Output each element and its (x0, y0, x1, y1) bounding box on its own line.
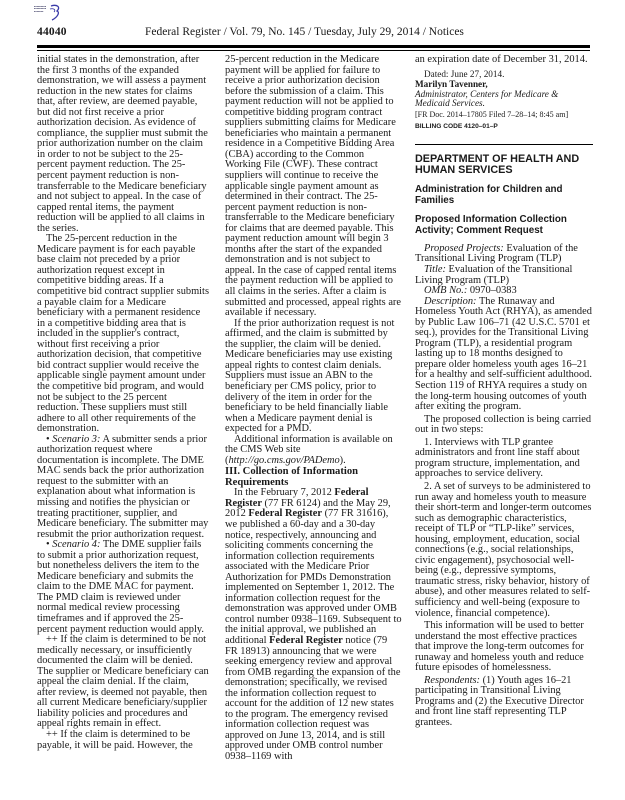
section-heading: III. Collection of Information Requireme… (225, 466, 402, 488)
fr-doc-line: [FR Doc. 2014–17805 Filed 7–28–14; 8:45 … (415, 110, 595, 121)
paragraph: If the prior authorization request is no… (225, 319, 402, 435)
gpo-logo: ▪▪▪▪▪▪▪▪▪ ▪▪▪▪▪▪▪▪▪ ▪▪▪▪▪▪▪ (34, 4, 64, 22)
scenario-label: Scenario 3: (52, 434, 100, 445)
scenario-label: Scenario 4: (52, 539, 100, 550)
running-head: Federal Register / Vol. 79, No. 145 / Tu… (145, 26, 464, 38)
scenario-4: • Scenario 4: The DME supplier fails to … (37, 540, 209, 635)
description: Description: The Runaway and Homeless Yo… (415, 297, 595, 413)
paragraph: The proposed collection is being carried… (415, 415, 595, 436)
sub-bullet: ++ If the claim is determined to be paya… (37, 730, 209, 751)
paragraph: 25-percent reduction in the Medicare pay… (225, 55, 402, 319)
notice-divider (415, 144, 593, 145)
paragraph: Additional information is available on t… (225, 435, 402, 467)
paragraph: This information will be used to better … (415, 621, 595, 674)
publication-name: Federal Register (145, 26, 221, 38)
agency-heading: Administration for Children and Families (415, 184, 595, 206)
header-rule-thin (37, 50, 590, 51)
gpo-eagle-icon (48, 4, 62, 22)
notice-title: Proposed Information Collection Activity… (415, 214, 595, 236)
respondents: Respondents: (1) Youth ages 16–21 partic… (415, 676, 595, 729)
billing-code: BILLING CODE 4120–01–P (415, 122, 595, 133)
paragraph: an expiration date of December 31, 2014. (415, 55, 595, 66)
signer-title: Administrator, Centers for Medicare & Me… (415, 90, 595, 109)
sub-bullet: ++ If the claim is determined to be not … (37, 635, 209, 730)
issue-info: / Vol. 79, No. 145 / Tuesday, July 29, 2… (221, 26, 464, 38)
paragraph: initial states in the demonstration, aft… (37, 55, 209, 234)
title-line: Title: Evaluation of the Transitional Li… (415, 265, 595, 286)
dated-line: Dated: June 27, 2014. (415, 69, 595, 80)
projects-line: Proposed Projects: Evaluation of the Tra… (415, 244, 595, 265)
department-heading: DEPARTMENT OF HEALTH AND HUMAN SERVICES (415, 154, 595, 176)
right-column: an expiration date of December 31, 2014.… (415, 55, 595, 729)
cms-link[interactable]: http://go.cms.gov/PADemo (228, 455, 339, 466)
paragraph: The 25-percent reduction in the Medicare… (37, 234, 209, 434)
step-2: 2. A set of surveys to be administered t… (415, 482, 595, 619)
paragraph: In the February 7, 2012 Federal Register… (225, 488, 402, 762)
step-1: 1. Interviews with TLP grantee administr… (415, 438, 595, 480)
scenario-3: • Scenario 3: A submitter sends a prior … (37, 435, 209, 540)
page-number: 44040 (37, 26, 67, 38)
middle-column: 25-percent reduction in the Medicare pay… (225, 55, 402, 763)
left-column: initial states in the demonstration, aft… (37, 55, 209, 751)
header-rule-thick (37, 45, 590, 48)
